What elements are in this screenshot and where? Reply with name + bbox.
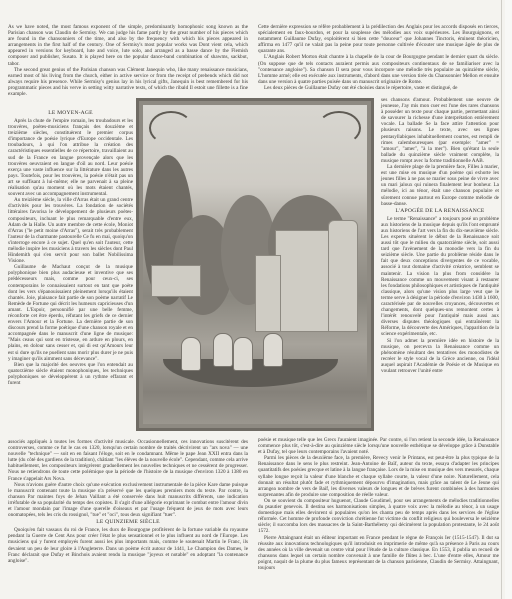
french-notes-column: Cette dernière expression se réfère prob… <box>258 24 499 91</box>
bottom-right-column: poésie et musique telle que les Grecs l'… <box>258 437 499 571</box>
illustration-scene <box>143 105 367 424</box>
paragraph: Cette dernière expression se réfère prob… <box>258 24 499 54</box>
paragraph: Au treizième siècle, la ville d'Arras ét… <box>8 197 133 264</box>
paragraph: Bien que la majorité des oeuvres que l'o… <box>8 362 133 386</box>
page-edge-line <box>501 0 502 599</box>
paragraph: Le terme "Renaissance" a toujours posé u… <box>381 216 499 338</box>
figure-lady <box>213 333 233 367</box>
paragraph: La dernière plage de la première face, F… <box>381 164 499 207</box>
paragraph: The second great genius of the Parisian … <box>8 67 248 97</box>
section-heading-apogee: L'APOGÉE DE LA RENAISSANCE <box>381 208 499 215</box>
paragraph: Nous n'avions guère d'autre choix qu'une… <box>8 482 248 519</box>
castle-round-tower <box>328 220 358 332</box>
paragraph: Quoiqu'en fait vassaux du roi de France,… <box>8 527 248 564</box>
paragraph: Les deux pièces de Guillaume Dufay ont é… <box>258 85 499 91</box>
castle-tower <box>275 230 332 332</box>
paragraph: L'Anglais Robert Morton était chantre à … <box>258 54 499 84</box>
manuscript-illustration <box>136 98 374 431</box>
english-notes-column: As we have noted, the most famous expone… <box>8 24 248 97</box>
paragraph: Parmi les pièces de la deuxième face, la… <box>258 455 499 498</box>
ornament-corner-right <box>317 111 361 145</box>
castle-wall <box>255 255 281 332</box>
paragraph: associés appliqués à toutes les formes d… <box>8 439 248 482</box>
paragraph: Si l'on admet la première idée en histoi… <box>381 338 499 375</box>
right-narrow-column: ses chansons d'amour. Probablement une o… <box>381 97 499 374</box>
figure-lady <box>233 337 253 371</box>
paragraph: On se souvient du compositeur huguenot, … <box>258 498 499 535</box>
page-margin <box>505 0 512 599</box>
ornament-corner-left <box>149 111 193 145</box>
bottom-left-column: associés appliqués à toutes les formes d… <box>8 439 248 564</box>
house-shape <box>151 265 201 297</box>
paragraph: poésie et musique telle que les Grecs l'… <box>258 437 499 455</box>
paragraph: Pierre Attaingnant était un éditeur impo… <box>258 535 499 572</box>
paragraph: As we have noted, the most famous expone… <box>8 24 248 67</box>
section-heading-moyen-age: LE MOYEN-AGE <box>8 110 133 117</box>
section-heading-quinzieme: LE QUINZIEME SIÈCLE <box>8 519 248 526</box>
figure-lady <box>263 333 283 367</box>
paragraph: Guillaume de Machaut conçut de la musiqu… <box>8 264 133 362</box>
paragraph: ses chansons d'amour. Probablement une o… <box>381 97 499 164</box>
document-page: As we have noted, the most famous expone… <box>0 0 512 599</box>
paragraph: Après la chute de l'empire romain, les t… <box>8 118 133 197</box>
left-narrow-column: LE MOYEN-AGE Après la chute de l'empire … <box>8 109 133 386</box>
figure-rower <box>181 337 201 371</box>
